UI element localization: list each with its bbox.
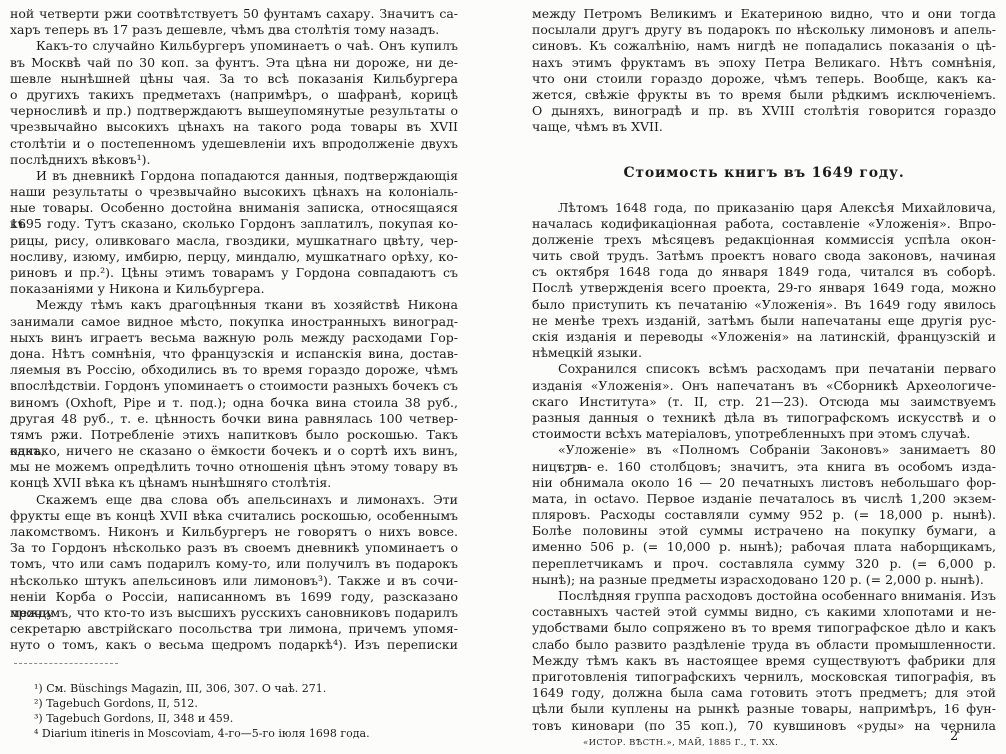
text-line: составныхъ частей этой суммы видно, съ к… xyxy=(532,604,996,620)
text-line: шевле нынѣшней цѣны чая. За то всѣ показ… xyxy=(10,71,458,87)
text-line: И въ дневникѣ Гордона попадаются данныя,… xyxy=(10,168,458,184)
text-line: чрезвычайно высокихъ цѣнахъ на такого ро… xyxy=(10,119,458,135)
text-line: Между тѣмъ какъ драгоцѣнныя ткани въ хоз… xyxy=(10,297,458,313)
text-line: томъ, что или самъ подарилъ кому-то, или… xyxy=(10,556,458,572)
text-line: «Уложеніе» въ «Полномъ Собраніи Законовъ… xyxy=(532,442,996,458)
text-line: мата, in octavo. Первое изданіе печатало… xyxy=(532,491,996,507)
text-line: изданія «Уложенія». Онъ напечатанъ въ «С… xyxy=(532,378,996,394)
paragraph: Сохранился списокъ всѣмъ расходамъ при п… xyxy=(532,361,996,442)
text-line: цѣли были куплены на рынкѣ разные товары… xyxy=(532,701,996,717)
text-line: рицы, рису, оливковаго масла, гвоздики, … xyxy=(10,233,458,249)
text-line: Послѣдняя группа расходовъ достойна особ… xyxy=(532,588,996,604)
text-line: черносливѣ и пр.) подтверждаютъ вышеупом… xyxy=(10,103,458,119)
text-line: о другихъ такихъ предметахъ (напримѣръ, … xyxy=(10,87,458,103)
paragraph: между Петромъ Великимъ и Екатериною видн… xyxy=(532,6,996,136)
text-line: долженіе трехъ мѣсяцевъ редакціонная ком… xyxy=(532,232,996,248)
text-line: разныя данныя о техникѣ дѣла въ типограф… xyxy=(532,410,996,426)
text-line: За то Гордонъ нѣсколько разъ въ своемъ д… xyxy=(10,540,458,556)
text-line: ные товары. Особенно достойна вниманія з… xyxy=(10,200,458,216)
text-line: пляровъ. Расходы составляли сумму 952 р.… xyxy=(532,507,996,523)
text-line: дона. Нѣтъ сомнѣнія, что французскія и и… xyxy=(10,346,458,362)
text-line: нѣмецкій языки. xyxy=(532,345,996,361)
footnote-rule xyxy=(14,663,118,664)
text-line: мы не можемъ опредѣлить точно отношенія … xyxy=(10,459,458,475)
text-line: чить свой трудъ. Затѣмъ проектъ новаго с… xyxy=(532,248,996,264)
text-line: ляемыя въ Россію, обходились въ то время… xyxy=(10,362,458,378)
text-line: 1695 году. Тутъ сказано, сколько Гордонъ… xyxy=(10,216,458,232)
text-line: Какъ-то случайно Кильбургеръ упоминаетъ … xyxy=(10,38,458,54)
text-line: столѣтіи и о постепенномъ удешевленіи их… xyxy=(10,136,458,152)
text-line: синовъ. Къ сожалѣнію, намъ нигдѣ не попа… xyxy=(532,38,996,54)
text-line: ной четверти ржи соотвѣтствуетъ 50 фунта… xyxy=(10,6,458,22)
text-line: нахъ этимъ фруктамъ въ эпоху Петра Велик… xyxy=(532,55,996,71)
text-line: виномъ (Oxhoft, Pipe и т. под.); одна бо… xyxy=(10,395,458,411)
text-line: ныхъ винъ играетъ весьма важную роль меж… xyxy=(10,330,458,346)
text-line: нуто о томъ, какъ о весьма щедромъ подар… xyxy=(10,637,458,653)
text-line: именно 506 р. (= 10,000 р. нынѣ); рабоча… xyxy=(532,539,996,555)
text-line: носливу, изюму, имбирю, перцу, миндалю, … xyxy=(10,249,458,265)
paragraph: Лѣтомъ 1648 года, по приказанію царя Але… xyxy=(532,200,996,362)
text-line: что они стоили гораздо дороже, чѣмъ тепе… xyxy=(532,71,996,87)
footnote: ³) Tagebuch Gordons, II, 348 и 459. xyxy=(10,711,458,726)
right-column: между Петромъ Великимъ и Екатериною видн… xyxy=(532,6,996,734)
text-line: Болѣе половины этой суммы истрачено на п… xyxy=(532,523,996,539)
text-line: другая 48 руб., т. е. цѣнность бочки вин… xyxy=(10,411,458,427)
text-line: Послѣ утвержденія всего проекта, 29-го я… xyxy=(532,280,996,296)
text-line: ніи обнимала около 16 — 20 печатныхъ лис… xyxy=(532,475,996,491)
text-line: нѣсколько штукъ апельсиновъ или лимоновъ… xyxy=(10,573,458,589)
text-line: удобствами было сопряжено въ то время ти… xyxy=(532,620,996,636)
text-line: концѣ XVII вѣка къ цѣнамъ нынѣшняго стол… xyxy=(10,475,458,491)
text-line: Между тѣмъ какъ въ настоящее время сущес… xyxy=(532,653,996,669)
text-line: риновъ и пр.²). Цѣны этимъ товарамъ у Го… xyxy=(10,265,458,281)
paragraph: «Уложеніе» въ «Полномъ Собраніи Законовъ… xyxy=(532,442,996,588)
text-line: ницъ, т. е. 160 столбцовъ; значитъ, эта … xyxy=(532,459,996,475)
text-line: секретарю австрійскаго посольства три ли… xyxy=(10,621,458,637)
text-line: лакомствомъ. Никонъ и Кильбургеръ не гов… xyxy=(10,524,458,540)
text-line: стоимости всѣхъ матеріаловъ, употребленн… xyxy=(532,426,996,442)
text-line: прочимъ, что кто-то изъ высшихъ русскихъ… xyxy=(10,605,458,621)
text-line: однако, ничего не сказано о ёмкости боче… xyxy=(10,443,458,459)
paragraph: И въ дневникѣ Гордона попадаются данныя,… xyxy=(10,168,458,298)
text-line: товъ киновари (по 35 коп.), 70 кувшиновъ… xyxy=(532,718,996,734)
footnote: ¹) См. Büschings Magazin, III, 306, 307.… xyxy=(10,681,458,696)
text-line: харъ теперь въ 17 разъ дешевле, чѣмъ два… xyxy=(10,22,458,38)
text-line: наши результаты о чрезвычайно высокихъ ц… xyxy=(10,184,458,200)
text-line: въ Москвѣ чай по 30 коп. за фунтъ. Эта ц… xyxy=(10,55,458,71)
text-line: 1649 году, должна была сама готовить это… xyxy=(532,685,996,701)
text-line: Скажемъ еще два слова объ апельсинахъ и … xyxy=(10,492,458,508)
paragraph: ной четверти ржи соотвѣтствуетъ 50 фунта… xyxy=(10,6,458,38)
text-line: послѣднихъ вѣковъ¹). xyxy=(10,152,458,168)
text-line: тямъ ржи. Потребленіе этихъ напитковъ бы… xyxy=(10,427,458,443)
text-line: занимали самое видное мѣсто, покупка ино… xyxy=(10,314,458,330)
text-line: между Петромъ Великимъ и Екатериною видн… xyxy=(532,6,996,22)
text-line: фрукты еще въ концѣ XVII вѣка считались … xyxy=(10,508,458,524)
text-line: было приступить къ печатанію «Уложенія».… xyxy=(532,297,996,313)
text-line: посылали другъ другу въ подарокъ по нѣск… xyxy=(532,22,996,38)
text-line: скія изданія и переводы «Уложенія» на ла… xyxy=(532,329,996,345)
text-line: О дыняхъ, виноградѣ и пр. въ XVIII столѣ… xyxy=(532,103,996,119)
text-line: нынѣ); на разные предметы израсходовано … xyxy=(532,572,996,588)
left-column: ной четверти ржи соотвѣтствуетъ 50 фунта… xyxy=(10,6,458,741)
section-heading: Стоимость книгъ въ 1649 году. xyxy=(532,164,996,183)
paragraph: Послѣдняя группа расходовъ достойна особ… xyxy=(532,588,996,734)
text-line: переплетчикамъ и проч. составляла сумму … xyxy=(532,556,996,572)
text-line: Лѣтомъ 1648 года, по приказанію царя Але… xyxy=(532,200,996,216)
paragraph: Между тѣмъ какъ драгоцѣнныя ткани въ хоз… xyxy=(10,297,458,491)
text-line: приготовленія типографскихъ чернилъ, мос… xyxy=(532,669,996,685)
text-line: показаніями у Никона и Кильбургера. xyxy=(10,281,458,297)
paragraph: Скажемъ еще два слова объ апельсинахъ и … xyxy=(10,492,458,654)
text-line: жется, свѣжіе фрукты въ то время были рѣ… xyxy=(532,87,996,103)
paragraph: Какъ-то случайно Кильбургеръ упоминаетъ … xyxy=(10,38,458,168)
footnote: ⁴ Diarium itineris in Moscoviam, 4-го—5-… xyxy=(10,726,458,741)
text-line: Сохранился списокъ всѣмъ расходамъ при п… xyxy=(532,361,996,377)
scanned-book-page: ной четверти ржи соотвѣтствуетъ 50 фунта… xyxy=(0,0,1006,754)
text-line: скаго Института» (т. II, стр. 21—23). От… xyxy=(532,394,996,410)
footnote: ²) Tagebuch Gordons, II, 512. xyxy=(10,696,458,711)
text-line: съ октября 1648 года до января 1849 года… xyxy=(532,264,996,280)
text-line: слабо было развито раздѣленіе труда въ о… xyxy=(532,637,996,653)
text-line: впослѣдствіи. Гордонъ упоминаетъ о стоим… xyxy=(10,378,458,394)
text-line: чаще, чѣмъ въ XVII. xyxy=(532,119,996,135)
text-line: началась кодификаціонная работа, составл… xyxy=(532,216,996,232)
text-line: не менѣе трехъ изданій, затѣмъ были напе… xyxy=(532,313,996,329)
text-line: неніи Корба о Россіи, написанномъ въ 169… xyxy=(10,589,458,605)
page-number: 2 xyxy=(950,729,958,744)
journal-reference-footer: «ИСТОР. ВѢСТН.», МАЙ, 1885 Г., Т. XX. xyxy=(583,738,778,748)
